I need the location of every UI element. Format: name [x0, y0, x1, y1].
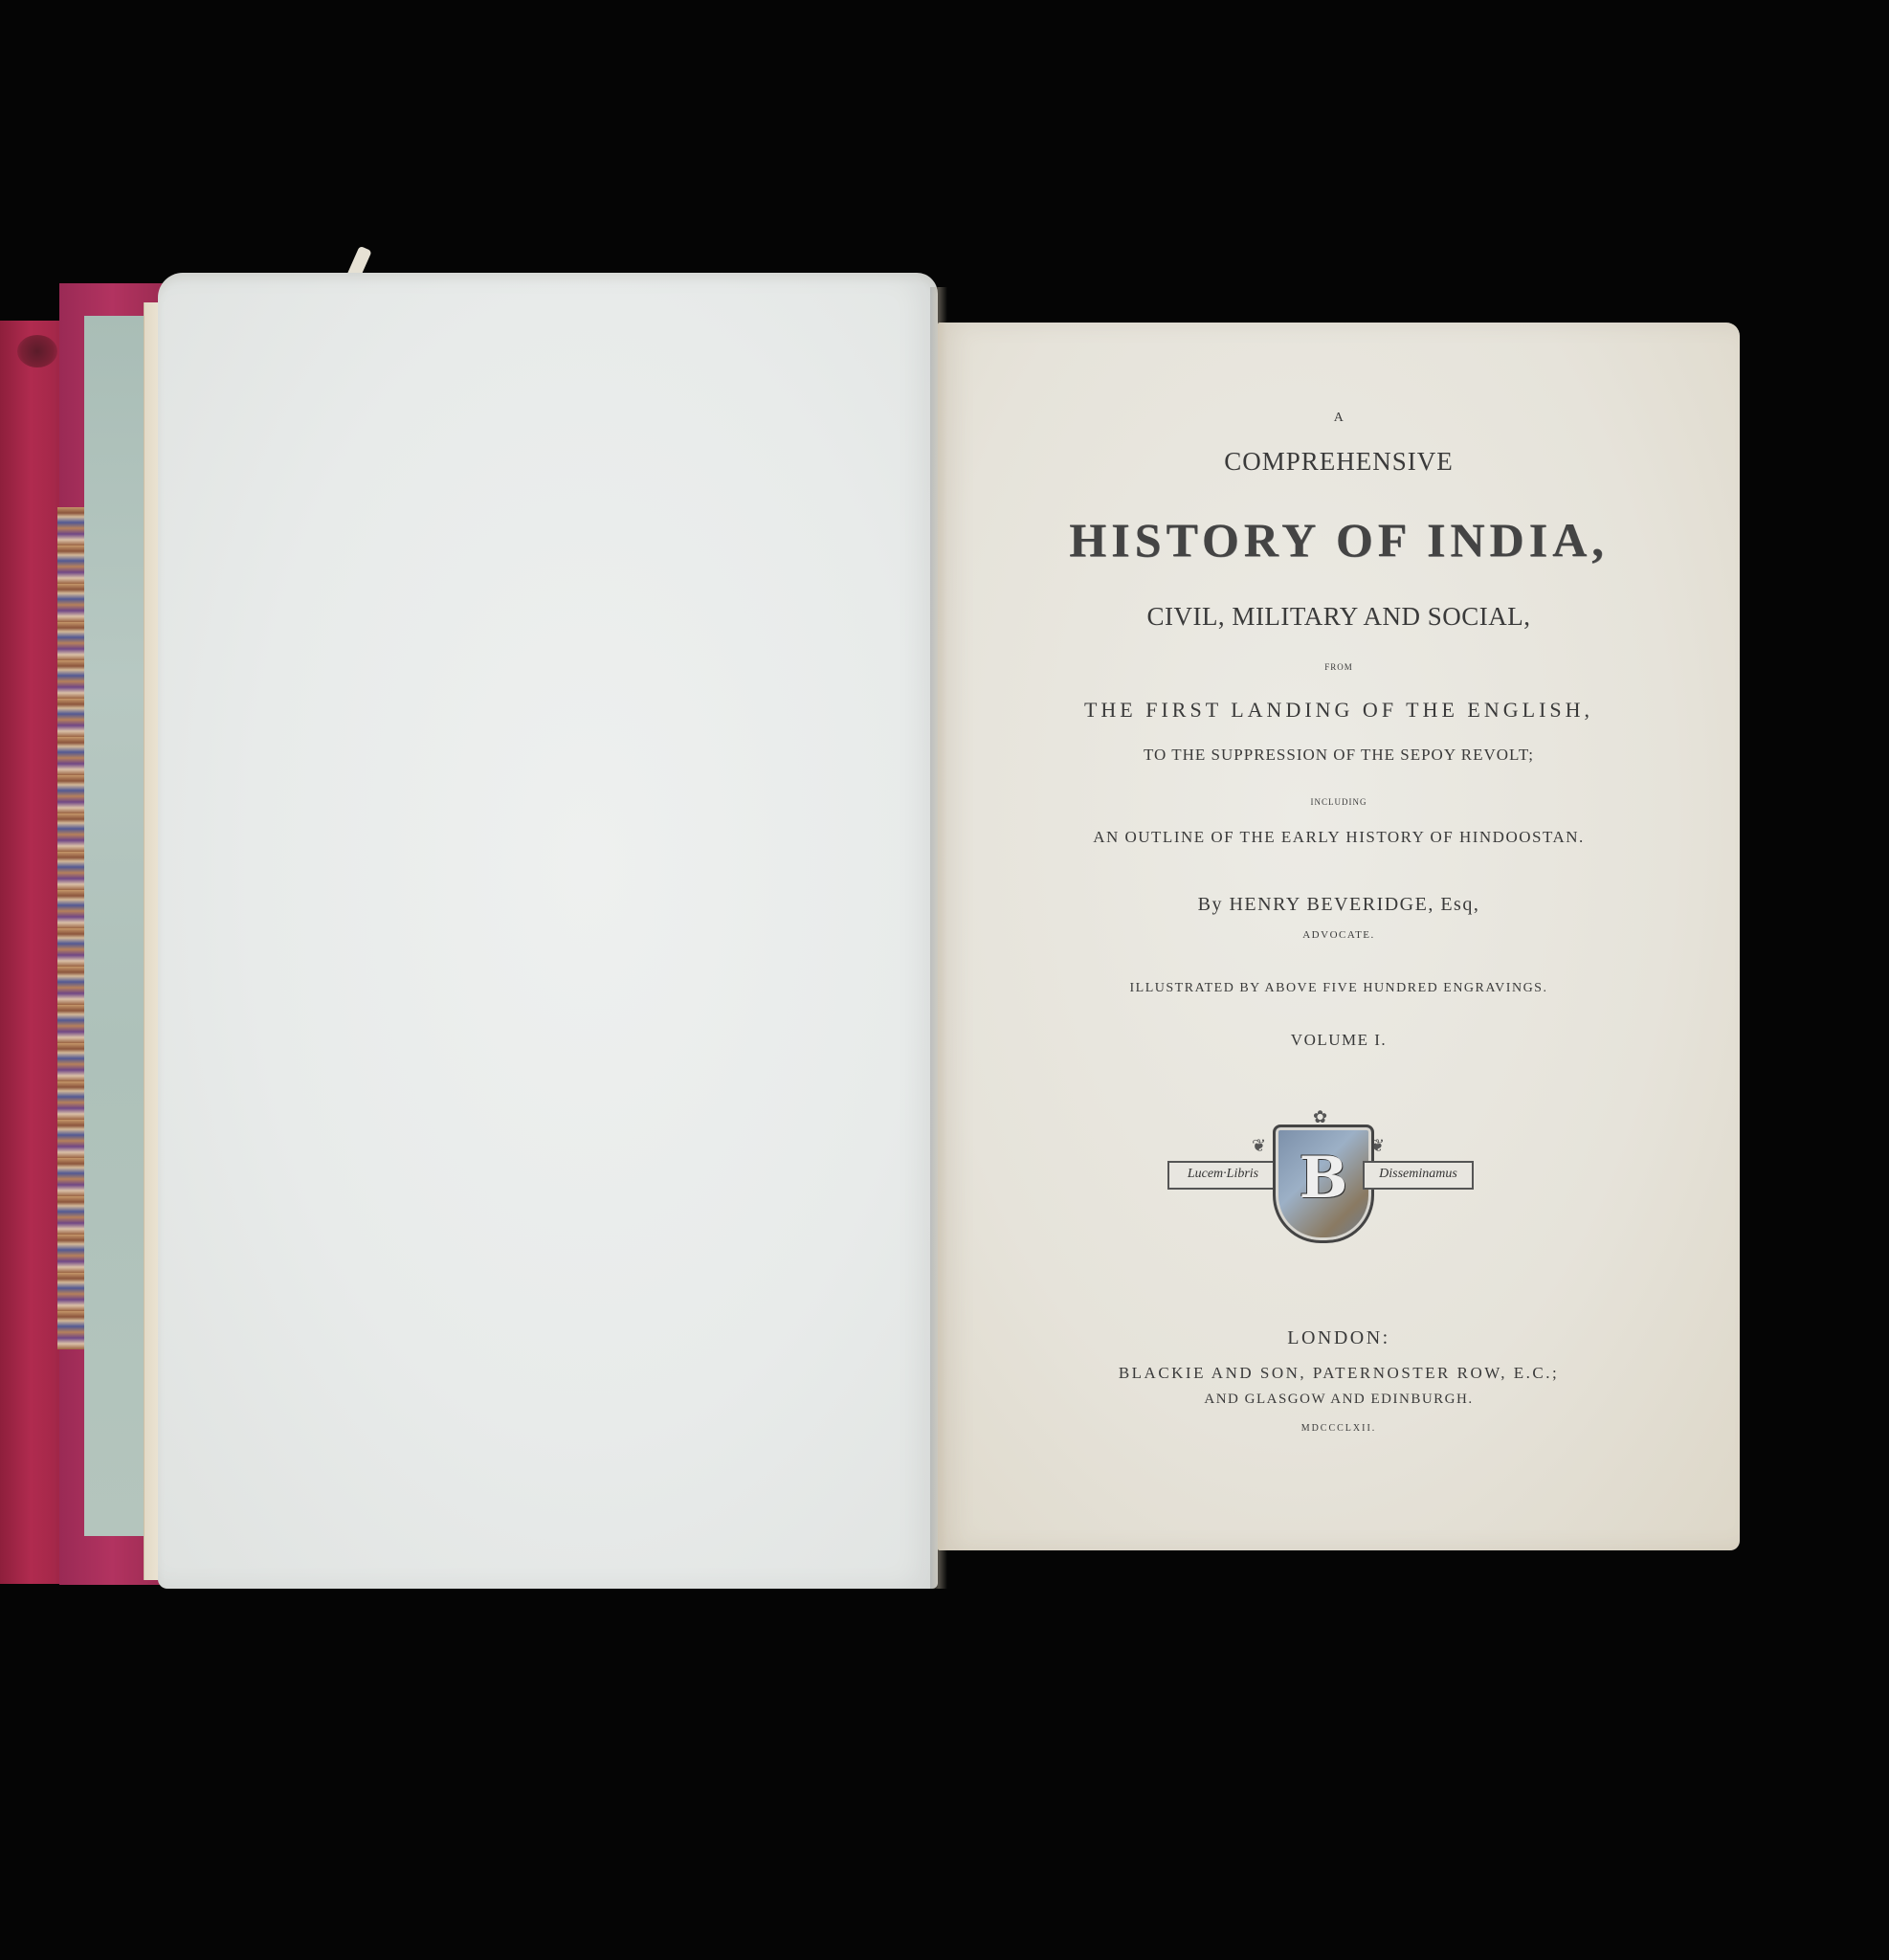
motto-ribbon-left: Lucem·Libris	[1167, 1161, 1278, 1190]
blank-left-page	[158, 273, 938, 1589]
cover-stain	[17, 335, 57, 367]
to-text: TO THE SUPPRESSION OF THE SEPOY REVOLT;	[938, 746, 1740, 765]
motto-ribbon-right: Disseminamus	[1363, 1161, 1474, 1190]
title-page-text: A COMPREHENSIVE HISTORY OF INDIA, CIVIL,…	[938, 323, 1740, 1550]
publisher-device: ❦ ❦ ✿ Lucem·Libris B Disseminamus	[1158, 1115, 1483, 1249]
illustrations-note: ILLUSTRATED BY ABOVE FIVE HUNDRED ENGRAV…	[938, 981, 1740, 996]
author-line: By HENRY BEVERIDGE, Esq,	[938, 894, 1740, 916]
monogram-letter: B	[1276, 1145, 1371, 1212]
subtitle: CIVIL, MILITARY AND SOCIAL,	[938, 602, 1740, 632]
monogram-shield: B	[1273, 1125, 1374, 1243]
including-label: INCLUDING	[938, 797, 1740, 807]
from-label: FROM	[938, 662, 1740, 672]
marbled-endpaper-strip	[57, 507, 84, 1349]
from-text: THE FIRST LANDING OF THE ENGLISH,	[938, 698, 1740, 723]
outline-text: AN OUTLINE OF THE EARLY HISTORY OF HINDO…	[938, 828, 1740, 847]
author-title: ADVOCATE.	[938, 929, 1740, 941]
title-article: A	[938, 411, 1740, 426]
floral-sprig-icon: ❦	[1252, 1136, 1266, 1156]
main-title: HISTORY OF INDIA,	[938, 512, 1740, 568]
volume-label: VOLUME I.	[938, 1031, 1740, 1050]
imprint-year: MDCCCLXII.	[938, 1423, 1740, 1434]
imprint-place: LONDON:	[938, 1327, 1740, 1349]
title-comprehensive: COMPREHENSIVE	[938, 447, 1740, 477]
imprint-cities: AND GLASGOW AND EDINBURGH.	[938, 1392, 1740, 1408]
imprint-publisher: BLACKIE AND SON, PATERNOSTER ROW, E.C.;	[938, 1364, 1740, 1383]
